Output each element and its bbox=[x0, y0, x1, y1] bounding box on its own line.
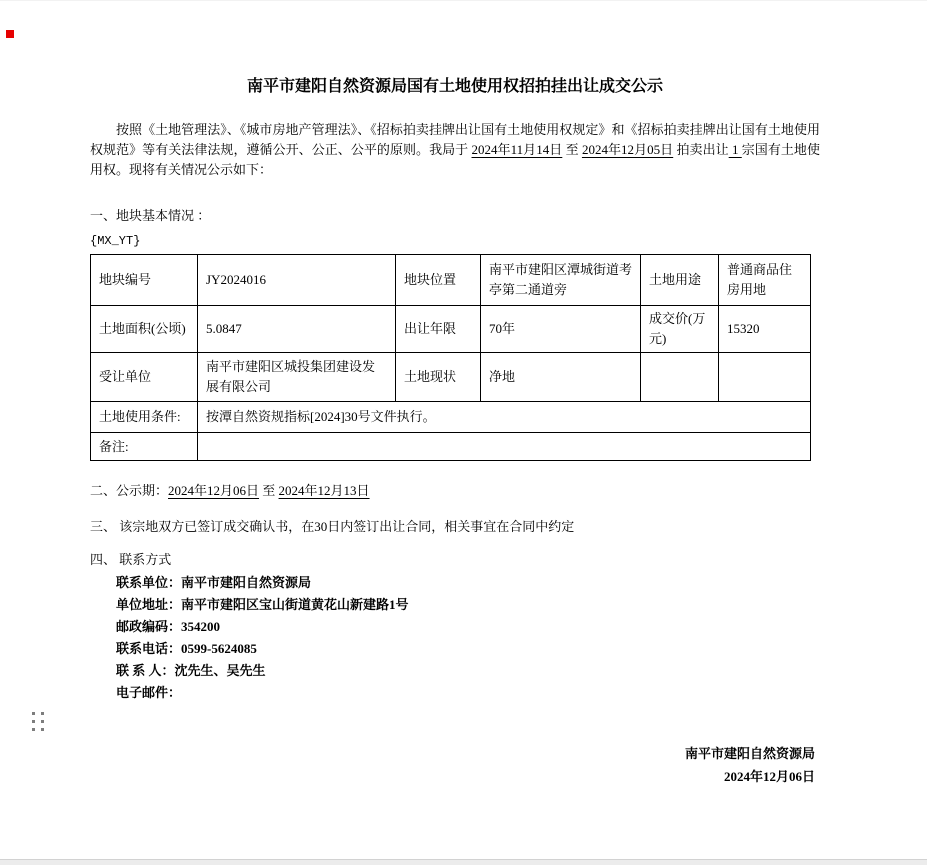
table-row: 土地使用条件: 按潭自然资规指标[2024]30号文件执行。 bbox=[91, 402, 811, 433]
signature-block: 南平市建阳自然资源局 2024年12月06日 bbox=[685, 742, 815, 788]
contact-phone-line: 联系电话：0599-5624085 bbox=[90, 638, 820, 660]
grip-dot bbox=[41, 728, 44, 731]
section4-heading: 四、 联系方式 bbox=[90, 550, 820, 570]
land-status-value: 净地 bbox=[481, 353, 641, 402]
empty-cell bbox=[719, 353, 811, 402]
auction-end-date: 2024年12月05日 bbox=[582, 142, 673, 157]
contact-unit-line: 联系单位：南平市建阳自然资源局 bbox=[90, 572, 820, 594]
intro-text-2: 拍卖出让 bbox=[673, 142, 728, 157]
page-title: 南平市建阳自然资源局国有土地使用权招拍挂出让成交公示 bbox=[90, 76, 820, 98]
deal-price-label: 成交价(万元) bbox=[641, 306, 719, 353]
grip-dot bbox=[32, 728, 35, 731]
page-top-edge bbox=[0, 0, 927, 1]
contact-block: 联系单位：南平市建阳自然资源局 单位地址：南平市建阳区宝山街道黄花山新建路1号 … bbox=[90, 572, 820, 704]
signature-date: 2024年12月06日 bbox=[685, 765, 815, 788]
section2-to-word: 至 bbox=[259, 483, 279, 498]
deal-price-value: 15320 bbox=[719, 306, 811, 353]
tenure-label: 出让年限 bbox=[396, 306, 481, 353]
section3-contract-note: 三、 该宗地双方已签订成交确认书，在30日内签订出让合同，相关事宜在合同中约定 bbox=[90, 517, 820, 537]
tenure-value: 70年 bbox=[481, 306, 641, 353]
page-bottom-edge bbox=[0, 859, 927, 865]
document-body: 南平市建阳自然资源局国有土地使用权招拍挂出让成交公示 按照《土地管理法》、《城市… bbox=[90, 76, 820, 704]
remarks-value bbox=[198, 433, 811, 461]
publicity-end-date: 2024年12月13日 bbox=[279, 483, 370, 498]
contact-email-line: 电子邮件： bbox=[90, 682, 820, 704]
parcel-location-label: 地块位置 bbox=[396, 255, 481, 306]
grip-dot bbox=[41, 720, 44, 723]
parcel-location-value: 南平市建阳区潭城街道考亭第二通道旁 bbox=[481, 255, 641, 306]
red-marker-icon bbox=[6, 30, 14, 38]
grip-dot bbox=[41, 712, 44, 715]
parcel-info-table: 地块编号 JY2024016 地块位置 南平市建阳区潭城街道考亭第二通道旁 土地… bbox=[90, 254, 811, 461]
use-conditions-label: 土地使用条件: bbox=[91, 402, 198, 433]
table-row: 受让单位 南平市建阳区城投集团建设发展有限公司 土地现状 净地 bbox=[91, 353, 811, 402]
parcel-id-label: 地块编号 bbox=[91, 255, 198, 306]
section1-heading: 一、地块基本情况 ： bbox=[90, 206, 820, 226]
parcel-count: 1 bbox=[729, 142, 742, 157]
grip-dot bbox=[32, 720, 35, 723]
land-status-label: 土地现状 bbox=[396, 353, 481, 402]
grip-dot bbox=[32, 712, 35, 715]
land-area-value: 5.0847 bbox=[198, 306, 396, 353]
section2-publicity-period: 二、公示期：2024年12月06日 至 2024年12月13日 bbox=[90, 481, 820, 501]
drag-handle-dots-icon[interactable] bbox=[32, 712, 44, 731]
parcel-id-value: JY2024016 bbox=[198, 255, 396, 306]
contact-postcode-line: 邮政编码：354200 bbox=[90, 616, 820, 638]
table-row: 地块编号 JY2024016 地块位置 南平市建阳区潭城街道考亭第二通道旁 土地… bbox=[91, 255, 811, 306]
use-conditions-value: 按潭自然资规指标[2024]30号文件执行。 bbox=[198, 402, 811, 433]
land-use-label: 土地用途 bbox=[641, 255, 719, 306]
remarks-label: 备注: bbox=[91, 433, 198, 461]
template-placeholder-tag: {MX_YT} bbox=[90, 232, 820, 250]
empty-cell bbox=[641, 353, 719, 402]
auction-start-date: 2024年11月14日 bbox=[472, 142, 563, 157]
document-page: 南平市建阳自然资源局国有土地使用权招拍挂出让成交公示 按照《土地管理法》、《城市… bbox=[0, 0, 927, 865]
land-use-value: 普通商品住房用地 bbox=[719, 255, 811, 306]
table-row: 土地面积(公顷) 5.0847 出让年限 70年 成交价(万元) 15320 bbox=[91, 306, 811, 353]
intro-paragraph: 按照《土地管理法》、《城市房地产管理法》、《招标拍卖挂牌出让国有土地使用权规定》… bbox=[90, 120, 820, 180]
contact-person-line: 联 系 人：沈先生、吴先生 bbox=[90, 660, 820, 682]
transferee-label: 受让单位 bbox=[91, 353, 198, 402]
table-row: 备注: bbox=[91, 433, 811, 461]
contact-address-line: 单位地址：南平市建阳区宝山街道黄花山新建路1号 bbox=[90, 594, 820, 616]
transferee-value: 南平市建阳区城投集团建设发展有限公司 bbox=[198, 353, 396, 402]
section2-prefix: 二、公示期： bbox=[90, 483, 168, 498]
land-area-label: 土地面积(公顷) bbox=[91, 306, 198, 353]
publicity-start-date: 2024年12月06日 bbox=[168, 483, 259, 498]
signature-org: 南平市建阳自然资源局 bbox=[685, 742, 815, 765]
intro-to-word: 至 bbox=[562, 142, 582, 157]
